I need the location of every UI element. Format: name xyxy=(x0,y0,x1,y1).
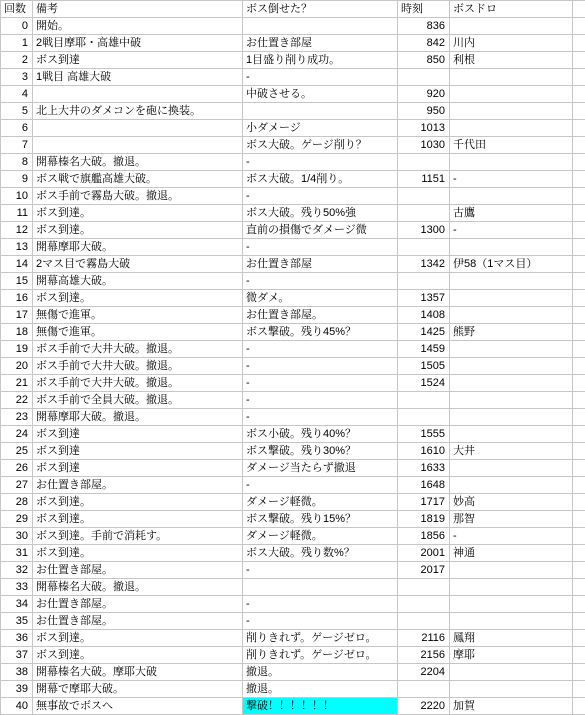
filler-cell xyxy=(573,579,585,596)
cell-boss[interactable]: - xyxy=(243,596,398,613)
cell-biko[interactable]: 開幕摩耶大破。撤退。 xyxy=(33,409,243,426)
cell-drop[interactable]: 鳳翔 xyxy=(450,630,573,647)
cell-drop[interactable]: 千代田 xyxy=(450,137,573,154)
cell-drop[interactable]: 大井 xyxy=(450,443,573,460)
cell-boss[interactable]: - xyxy=(243,188,398,205)
cell-kaisu[interactable]: 16 xyxy=(1,290,33,307)
cell-jikoku[interactable] xyxy=(398,596,450,613)
filler-cell xyxy=(573,307,585,324)
table-row: 30ボス到達。手前で消耗す。ダメージ軽微。1856- xyxy=(1,528,585,545)
cell-kaisu[interactable]: 0 xyxy=(1,18,33,35)
filler-cell xyxy=(573,69,585,86)
cell-jikoku[interactable] xyxy=(398,392,450,409)
cell-boss[interactable]: お仕置き部屋 xyxy=(243,35,398,52)
filler-cell xyxy=(573,239,585,256)
column-header-jikoku[interactable]: 時刻 xyxy=(398,1,450,18)
table-row: 19ボス手前で大井大破。撤退。-1459 xyxy=(1,341,585,358)
cell-kaisu[interactable]: 4 xyxy=(1,86,33,103)
cell-jikoku[interactable]: 1717 xyxy=(398,494,450,511)
cell-drop[interactable]: 伊58（1マス目） xyxy=(450,256,573,273)
cell-boss[interactable]: ボス大破。ゲージ削り？ xyxy=(243,137,398,154)
cell-jikoku[interactable]: 1300 xyxy=(398,222,450,239)
cell-jikoku[interactable]: 1425 xyxy=(398,324,450,341)
cell-drop[interactable]: 那智 xyxy=(450,511,573,528)
table-row: 26ボス到達ダメージ当たらず撤退1633 xyxy=(1,460,585,477)
table-row: 17無傷で進軍。お仕置き部屋。1408 xyxy=(1,307,585,324)
cell-drop[interactable]: 摩耶 xyxy=(450,647,573,664)
cell-drop[interactable] xyxy=(450,426,573,443)
cell-drop[interactable] xyxy=(450,273,573,290)
cell-jikoku[interactable]: 1505 xyxy=(398,358,450,375)
cell-boss[interactable]: 削りきれず。ゲージゼロ。 xyxy=(243,647,398,664)
cell-biko[interactable] xyxy=(33,120,243,137)
table-row: 36ボス到達。削りきれず。ゲージゼロ。2116鳳翔 xyxy=(1,630,585,647)
cell-drop[interactable] xyxy=(450,18,573,35)
cell-biko[interactable]: ボス到達。手前で消耗す。 xyxy=(33,528,243,545)
cell-jikoku[interactable]: 1030 xyxy=(398,137,450,154)
cell-biko[interactable]: 開幕高雄大破。 xyxy=(33,273,243,290)
table-row: 2ボス到達1目盛り削り成功。850利根 xyxy=(1,52,585,69)
cell-kaisu[interactable]: 15 xyxy=(1,273,33,290)
cell-boss[interactable]: - xyxy=(243,562,398,579)
cell-jikoku[interactable]: 836 xyxy=(398,18,450,35)
cell-kaisu[interactable]: 6 xyxy=(1,120,33,137)
cell-kaisu[interactable]: 28 xyxy=(1,494,33,511)
cell-kaisu[interactable]: 33 xyxy=(1,579,33,596)
cell-jikoku[interactable] xyxy=(398,681,450,698)
cell-biko[interactable]: 開幕榛名大破。摩耶大破 xyxy=(33,664,243,681)
column-header-boss[interactable]: ボス倒せた？ xyxy=(243,1,398,18)
cell-biko[interactable]: ボス到達。 xyxy=(33,494,243,511)
table-row: 6小ダメージ1013 xyxy=(1,120,585,137)
filler-cell xyxy=(573,528,585,545)
cell-boss[interactable]: お仕置き部屋 xyxy=(243,256,398,273)
table-row: 31戦目 高雄大破- xyxy=(1,69,585,86)
cell-kaisu[interactable]: 19 xyxy=(1,341,33,358)
cell-biko[interactable]: 無傷で進軍。 xyxy=(33,324,243,341)
cell-kaisu[interactable]: 26 xyxy=(1,460,33,477)
cell-jikoku[interactable]: 2156 xyxy=(398,647,450,664)
cell-boss[interactable]: 削りきれず。ゲージゼロ。 xyxy=(243,630,398,647)
cell-drop[interactable] xyxy=(450,290,573,307)
cell-boss[interactable]: ダメージ軽微。 xyxy=(243,494,398,511)
cell-biko[interactable]: 開幕で摩耶大破。 xyxy=(33,681,243,698)
cell-kaisu[interactable]: 7 xyxy=(1,137,33,154)
cell-kaisu[interactable]: 8 xyxy=(1,154,33,171)
cell-jikoku[interactable]: 2001 xyxy=(398,545,450,562)
cell-biko[interactable]: 無傷で進軍。 xyxy=(33,307,243,324)
table-row: 29ボス到達。ボス撃破。残り15%？1819那智 xyxy=(1,511,585,528)
cell-drop[interactable]: 神通 xyxy=(450,545,573,562)
cell-jikoku[interactable]: 2220 xyxy=(398,698,450,715)
filler-cell xyxy=(573,494,585,511)
cell-biko[interactable]: 2戦目摩耶・高雄中破 xyxy=(33,35,243,52)
cell-kaisu[interactable]: 21 xyxy=(1,375,33,392)
cell-jikoku[interactable]: 1524 xyxy=(398,375,450,392)
cell-jikoku[interactable] xyxy=(398,613,450,630)
cell-boss[interactable]: 直前の損傷でダメージ微 xyxy=(243,222,398,239)
cell-drop[interactable] xyxy=(450,392,573,409)
cell-biko[interactable]: 開幕榛名大破。撤退。 xyxy=(33,579,243,596)
table-row: 12戦目摩耶・高雄中破お仕置き部屋842川内 xyxy=(1,35,585,52)
filler-cell xyxy=(573,358,585,375)
table-row: 142マス目で霧島大破お仕置き部屋1342伊58（1マス目） xyxy=(1,256,585,273)
cell-jikoku[interactable]: 1151 xyxy=(398,171,450,188)
cell-biko[interactable]: ボス到達 xyxy=(33,52,243,69)
table-row: 4中破させる。920 xyxy=(1,86,585,103)
column-header-kaisu[interactable]: 回数 xyxy=(1,1,33,18)
table-row: 24ボス到達ボス小破。残り40%？1555 xyxy=(1,426,585,443)
cell-jikoku[interactable] xyxy=(398,205,450,222)
cell-drop[interactable]: 川内 xyxy=(450,35,573,52)
cell-drop[interactable] xyxy=(450,120,573,137)
cell-kaisu[interactable]: 25 xyxy=(1,443,33,460)
cell-boss[interactable]: 微ダメ。 xyxy=(243,290,398,307)
cell-biko[interactable]: ボス手前で大井大破。撤退。 xyxy=(33,375,243,392)
cell-boss[interactable]: - xyxy=(243,477,398,494)
table-row: 12ボス到達。直前の損傷でダメージ微1300- xyxy=(1,222,585,239)
cell-boss[interactable]: - xyxy=(243,69,398,86)
filler-cell xyxy=(573,545,585,562)
cell-biko[interactable]: 開幕摩耶大破。 xyxy=(33,239,243,256)
cell-boss[interactable] xyxy=(243,579,398,596)
cell-biko[interactable]: ボス手前で全員大破。撤退。 xyxy=(33,392,243,409)
cell-kaisu[interactable]: 29 xyxy=(1,511,33,528)
cell-drop[interactable] xyxy=(450,562,573,579)
filler-cell xyxy=(573,409,585,426)
cell-boss[interactable]: - xyxy=(243,273,398,290)
cell-biko[interactable]: ボス到達。 xyxy=(33,545,243,562)
header-filler-cell xyxy=(573,1,585,18)
cell-drop[interactable]: 古鷹 xyxy=(450,205,573,222)
cell-kaisu[interactable]: 18 xyxy=(1,324,33,341)
filler-cell xyxy=(573,460,585,477)
table-row: 23開幕摩耶大破。撤退。- xyxy=(1,409,585,426)
cell-boss[interactable]: ボス大破。残り50%強 xyxy=(243,205,398,222)
cell-biko[interactable] xyxy=(33,137,243,154)
cell-drop[interactable] xyxy=(450,154,573,171)
table-row: 38開幕榛名大破。摩耶大破撤退。2204 xyxy=(1,664,585,681)
cell-jikoku[interactable] xyxy=(398,69,450,86)
cell-jikoku[interactable]: 1342 xyxy=(398,256,450,273)
cell-boss[interactable]: ボス撃破。残り45%？ xyxy=(243,324,398,341)
cell-biko[interactable]: 開始。 xyxy=(33,18,243,35)
filler-cell xyxy=(573,426,585,443)
cell-kaisu[interactable]: 13 xyxy=(1,239,33,256)
table-row: 32お仕置き部屋。-2017 xyxy=(1,562,585,579)
cell-jikoku[interactable] xyxy=(398,579,450,596)
cell-kaisu[interactable]: 3 xyxy=(1,69,33,86)
cell-boss[interactable]: - xyxy=(243,409,398,426)
filler-cell xyxy=(573,596,585,613)
cell-jikoku[interactable]: 2017 xyxy=(398,562,450,579)
filler-cell xyxy=(573,205,585,222)
filler-cell xyxy=(573,443,585,460)
table-row: 33開幕榛名大破。撤退。 xyxy=(1,579,585,596)
cell-boss[interactable]: ボス大破。1/4削り。 xyxy=(243,171,398,188)
cell-drop[interactable]: - xyxy=(450,222,573,239)
cell-jikoku[interactable] xyxy=(398,409,450,426)
filler-cell xyxy=(573,290,585,307)
cell-kaisu[interactable]: 9 xyxy=(1,171,33,188)
filler-cell xyxy=(573,341,585,358)
cell-drop[interactable] xyxy=(450,664,573,681)
cell-biko[interactable]: ボス到達。 xyxy=(33,222,243,239)
table-row: 21ボス手前で大井大破。撤退。-1524 xyxy=(1,375,585,392)
cell-kaisu[interactable]: 38 xyxy=(1,664,33,681)
cell-kaisu[interactable]: 31 xyxy=(1,545,33,562)
cell-jikoku[interactable]: 1633 xyxy=(398,460,450,477)
filler-cell xyxy=(573,681,585,698)
cell-biko[interactable]: ボス到達。 xyxy=(33,630,243,647)
filler-cell xyxy=(573,222,585,239)
cell-boss[interactable]: 小ダメージ xyxy=(243,120,398,137)
cell-biko[interactable]: ボス手前で大井大破。撤退。 xyxy=(33,341,243,358)
cell-jikoku[interactable]: 850 xyxy=(398,52,450,69)
cell-biko[interactable]: ボス手前で大井大破。撤退。 xyxy=(33,358,243,375)
cell-boss[interactable]: 撤退。 xyxy=(243,664,398,681)
cell-biko[interactable]: ボス到達 xyxy=(33,443,243,460)
column-header-drop[interactable]: ボスドロ xyxy=(450,1,573,18)
cell-boss[interactable]: 中破させる。 xyxy=(243,86,398,103)
cell-boss[interactable]: - xyxy=(243,375,398,392)
cell-boss[interactable]: ダメージ軽微。 xyxy=(243,528,398,545)
cell-boss[interactable] xyxy=(243,18,398,35)
cell-biko[interactable]: 2マス目で霧島大破 xyxy=(33,256,243,273)
cell-biko[interactable]: ボス到達。 xyxy=(33,511,243,528)
cell-biko[interactable]: 北上大井のダメコンを砲に換装。 xyxy=(33,103,243,120)
table-row: 10ボス手前で霧島大破。撤退。- xyxy=(1,188,585,205)
table-row: 34お仕置き部屋。- xyxy=(1,596,585,613)
cell-drop[interactable] xyxy=(450,579,573,596)
cell-jikoku[interactable] xyxy=(398,154,450,171)
cell-jikoku[interactable]: 1357 xyxy=(398,290,450,307)
header-row: 回数備考ボス倒せた？時刻ボスドロ xyxy=(1,1,585,18)
cell-biko[interactable]: ボス到達。 xyxy=(33,290,243,307)
cell-drop[interactable]: 加賀 xyxy=(450,698,573,715)
cell-jikoku[interactable]: 842 xyxy=(398,35,450,52)
cell-jikoku[interactable]: 1819 xyxy=(398,511,450,528)
filler-cell xyxy=(573,698,585,715)
table-row: 27お仕置き部屋。-1648 xyxy=(1,477,585,494)
filler-cell xyxy=(573,137,585,154)
cell-biko[interactable]: ボス到達 xyxy=(33,460,243,477)
cell-kaisu[interactable]: 10 xyxy=(1,188,33,205)
cell-drop[interactable] xyxy=(450,460,573,477)
cell-boss[interactable]: ボス大破。残り数%？ xyxy=(243,545,398,562)
filler-cell xyxy=(573,392,585,409)
cell-drop[interactable] xyxy=(450,477,573,494)
table-row: 13開幕摩耶大破。- xyxy=(1,239,585,256)
table-row: 39開幕で摩耶大破。撤退。 xyxy=(1,681,585,698)
cell-biko[interactable]: ボス到達。 xyxy=(33,205,243,222)
spreadsheet-grid: 回数備考ボス倒せた？時刻ボスドロ 0開始。83612戦目摩耶・高雄中破お仕置き部… xyxy=(0,0,585,715)
cell-kaisu[interactable]: 22 xyxy=(1,392,33,409)
cell-biko[interactable] xyxy=(33,86,243,103)
table-row: 31ボス到達。ボス大破。残り数%？2001神通 xyxy=(1,545,585,562)
cell-boss[interactable]: ダメージ当たらず撤退 xyxy=(243,460,398,477)
cell-drop[interactable] xyxy=(450,86,573,103)
cell-drop[interactable] xyxy=(450,188,573,205)
filler-cell xyxy=(573,630,585,647)
filler-cell xyxy=(573,324,585,341)
cell-kaisu[interactable]: 35 xyxy=(1,613,33,630)
table-row: 28ボス到達。ダメージ軽微。1717妙高 xyxy=(1,494,585,511)
cell-jikoku[interactable]: 2204 xyxy=(398,664,450,681)
table-row: 5北上大井のダメコンを砲に換装。950 xyxy=(1,103,585,120)
cell-kaisu[interactable]: 32 xyxy=(1,562,33,579)
filler-cell xyxy=(573,188,585,205)
cell-drop[interactable]: - xyxy=(450,171,573,188)
table-row: 15開幕高雄大破。- xyxy=(1,273,585,290)
cell-biko[interactable]: ボス到達 xyxy=(33,426,243,443)
cell-boss[interactable]: ボス小破。残り40%？ xyxy=(243,426,398,443)
cell-boss[interactable]: - xyxy=(243,392,398,409)
cell-boss[interactable]: 1目盛り削り成功。 xyxy=(243,52,398,69)
filler-cell xyxy=(573,647,585,664)
cell-boss[interactable]: - xyxy=(243,358,398,375)
cell-jikoku[interactable]: 1648 xyxy=(398,477,450,494)
table-row: 40無事故でボスへ撃破！！！！！！2220加賀 xyxy=(1,698,585,715)
table-row: 25ボス到達ボス撃破。残り30%？1610大井 xyxy=(1,443,585,460)
cell-biko[interactable]: ボス手前で霧島大破。撤退。 xyxy=(33,188,243,205)
filler-cell xyxy=(573,613,585,630)
filler-cell xyxy=(573,477,585,494)
cell-boss[interactable]: ボス撃破。残り15%？ xyxy=(243,511,398,528)
cell-drop[interactable] xyxy=(450,103,573,120)
filler-cell xyxy=(573,511,585,528)
cell-kaisu[interactable]: 23 xyxy=(1,409,33,426)
cell-jikoku[interactable]: 1408 xyxy=(398,307,450,324)
cell-jikoku[interactable] xyxy=(398,273,450,290)
cell-boss[interactable]: 撃破！！！！！！ xyxy=(243,698,398,715)
filler-cell xyxy=(573,171,585,188)
cell-drop[interactable] xyxy=(450,239,573,256)
cell-jikoku[interactable]: 950 xyxy=(398,103,450,120)
cell-boss[interactable]: - xyxy=(243,341,398,358)
cell-kaisu[interactable]: 40 xyxy=(1,698,33,715)
column-header-biko[interactable]: 備考 xyxy=(33,1,243,18)
cell-kaisu[interactable]: 39 xyxy=(1,681,33,698)
cell-biko[interactable]: ボス戦で旗艦高雄大破。 xyxy=(33,171,243,188)
cell-kaisu[interactable]: 24 xyxy=(1,426,33,443)
filler-cell xyxy=(573,103,585,120)
table-row: 20ボス手前で大井大破。撤退。-1505 xyxy=(1,358,585,375)
table-row: 35お仕置き部屋。- xyxy=(1,613,585,630)
cell-jikoku[interactable]: 2116 xyxy=(398,630,450,647)
cell-kaisu[interactable]: 20 xyxy=(1,358,33,375)
cell-drop[interactable] xyxy=(450,681,573,698)
cell-biko[interactable]: お仕置き部屋。 xyxy=(33,596,243,613)
cell-drop[interactable]: 妙高 xyxy=(450,494,573,511)
table-row: 9ボス戦で旗艦高雄大破。ボス大破。1/4削り。1151- xyxy=(1,171,585,188)
cell-boss[interactable] xyxy=(243,103,398,120)
cell-drop[interactable] xyxy=(450,341,573,358)
table-row: 7ボス大破。ゲージ削り？1030千代田 xyxy=(1,137,585,154)
cell-boss[interactable]: - xyxy=(243,239,398,256)
table-row: 16ボス到達。微ダメ。1357 xyxy=(1,290,585,307)
filler-cell xyxy=(573,256,585,273)
cell-biko[interactable]: 1戦目 高雄大破 xyxy=(33,69,243,86)
cell-kaisu[interactable]: 14 xyxy=(1,256,33,273)
cell-jikoku[interactable]: 1610 xyxy=(398,443,450,460)
cell-jikoku[interactable]: 920 xyxy=(398,86,450,103)
cell-kaisu[interactable]: 2 xyxy=(1,52,33,69)
cell-drop[interactable] xyxy=(450,409,573,426)
cell-boss[interactable]: - xyxy=(243,154,398,171)
cell-kaisu[interactable]: 17 xyxy=(1,307,33,324)
cell-biko[interactable]: お仕置き部屋。 xyxy=(33,613,243,630)
cell-kaisu[interactable]: 30 xyxy=(1,528,33,545)
table-row: 37ボス到達。削りきれず。ゲージゼロ。2156摩耶 xyxy=(1,647,585,664)
table-row: 18無傷で進軍。ボス撃破。残り45%？1425熊野 xyxy=(1,324,585,341)
cell-drop[interactable] xyxy=(450,69,573,86)
cell-drop[interactable] xyxy=(450,375,573,392)
table-body: 0開始。83612戦目摩耶・高雄中破お仕置き部屋842川内2ボス到達1目盛り削り… xyxy=(1,18,585,715)
cell-jikoku[interactable]: 1555 xyxy=(398,426,450,443)
table-row: 22ボス手前で全員大破。撤退。- xyxy=(1,392,585,409)
cell-kaisu[interactable]: 11 xyxy=(1,205,33,222)
filler-cell xyxy=(573,273,585,290)
table-row: 8開幕榛名大破。撤退。- xyxy=(1,154,585,171)
filler-cell xyxy=(573,18,585,35)
cell-boss[interactable]: お仕置き部屋。 xyxy=(243,307,398,324)
cell-drop[interactable]: - xyxy=(450,528,573,545)
filler-cell xyxy=(573,86,585,103)
filler-cell xyxy=(573,375,585,392)
cell-biko[interactable]: お仕置き部屋。 xyxy=(33,562,243,579)
filler-cell xyxy=(573,154,585,171)
cell-jikoku[interactable] xyxy=(398,239,450,256)
cell-jikoku[interactable]: 1013 xyxy=(398,120,450,137)
filler-cell xyxy=(573,120,585,137)
cell-biko[interactable]: 開幕榛名大破。撤退。 xyxy=(33,154,243,171)
cell-biko[interactable]: お仕置き部屋。 xyxy=(33,477,243,494)
filler-cell xyxy=(573,562,585,579)
cell-drop[interactable] xyxy=(450,307,573,324)
cell-jikoku[interactable]: 1459 xyxy=(398,341,450,358)
cell-kaisu[interactable]: 12 xyxy=(1,222,33,239)
cell-biko[interactable]: ボス到達。 xyxy=(33,647,243,664)
cell-drop[interactable]: 熊野 xyxy=(450,324,573,341)
cell-kaisu[interactable]: 34 xyxy=(1,596,33,613)
cell-kaisu[interactable]: 36 xyxy=(1,630,33,647)
cell-kaisu[interactable]: 5 xyxy=(1,103,33,120)
cell-drop[interactable]: 利根 xyxy=(450,52,573,69)
filler-cell xyxy=(573,52,585,69)
cell-drop[interactable] xyxy=(450,596,573,613)
cell-kaisu[interactable]: 27 xyxy=(1,477,33,494)
cell-kaisu[interactable]: 37 xyxy=(1,647,33,664)
cell-boss[interactable]: - xyxy=(243,613,398,630)
cell-boss[interactable]: 撤退。 xyxy=(243,681,398,698)
cell-jikoku[interactable] xyxy=(398,188,450,205)
cell-kaisu[interactable]: 1 xyxy=(1,35,33,52)
table-row: 11ボス到達。ボス大破。残り50%強古鷹 xyxy=(1,205,585,222)
filler-cell xyxy=(573,35,585,52)
filler-cell xyxy=(573,664,585,681)
cell-jikoku[interactable]: 1856 xyxy=(398,528,450,545)
table-row: 0開始。836 xyxy=(1,18,585,35)
cell-drop[interactable] xyxy=(450,358,573,375)
cell-drop[interactable] xyxy=(450,613,573,630)
cell-biko[interactable]: 無事故でボスへ xyxy=(33,698,243,715)
cell-boss[interactable]: ボス撃破。残り30%？ xyxy=(243,443,398,460)
